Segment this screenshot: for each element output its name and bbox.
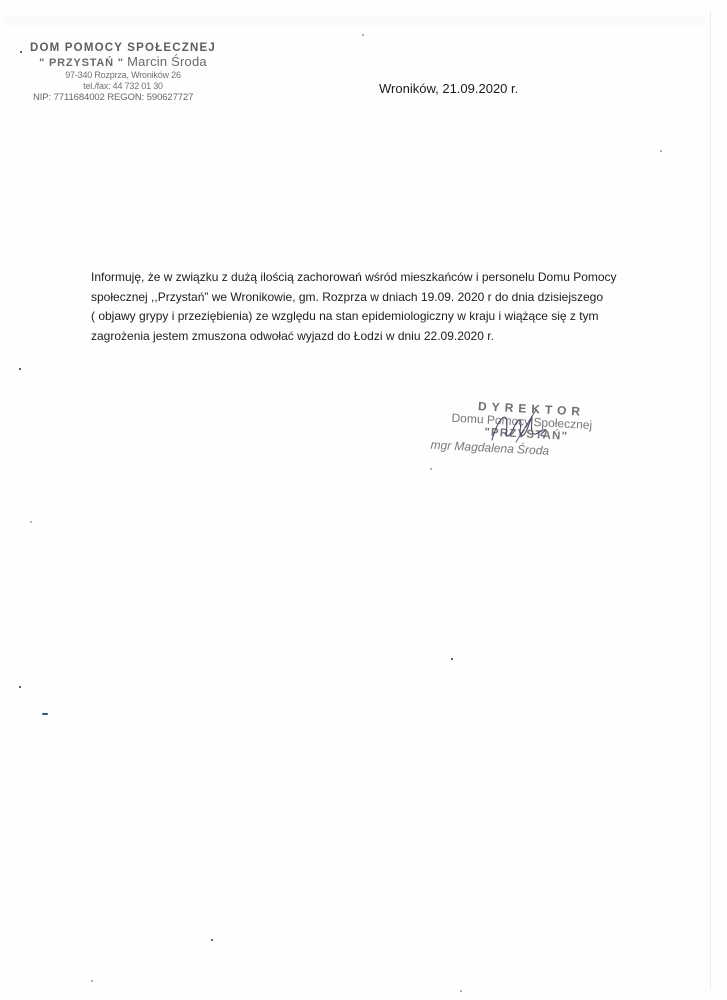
scan-speck (19, 368, 21, 370)
stamp-phone: tel./fax: 44 732 01 30 (28, 81, 218, 92)
letter-body: Informuję, że w związku z dużą ilością z… (91, 268, 651, 346)
scan-speck (19, 686, 21, 688)
body-line: Informuję, że w związku z dużą ilością z… (91, 268, 651, 288)
scan-speck (20, 51, 22, 53)
body-line: zagrożenia jestem zmuszona odwołać wyjaz… (91, 327, 651, 347)
stamp-facility-name: " PRZYSTAŃ " (39, 57, 124, 69)
date-line: Wroników, 21.09.2020 r. (379, 81, 518, 96)
scan-shade (5, 12, 705, 30)
scan-speck (91, 980, 93, 982)
stamp-name-line: " PRZYSTAŃ " Marcin Środa (28, 55, 218, 70)
scan-speck (451, 658, 453, 660)
stamp-owner-name: Marcin Środa (127, 54, 207, 69)
stamp-address: 97-340 Rozprza, Wroników 26 (28, 70, 218, 81)
scan-speck (362, 34, 364, 36)
body-line: społecznej ,,Przystań” we Wronikowie, gm… (91, 288, 651, 308)
stamp-ids: NIP: 7711684002 REGON: 590627727 (33, 92, 218, 104)
handwritten-signature (486, 406, 556, 446)
scan-speck (30, 521, 32, 523)
scan-speck (660, 150, 662, 152)
header-stamp: DOM POMOCY SPOŁECZNEJ " PRZYSTAŃ " Marci… (28, 42, 218, 104)
scanned-page: DOM POMOCY SPOŁECZNEJ " PRZYSTAŃ " Marci… (0, 0, 727, 1000)
body-line: ( objawy grypy i przeziębienia) ze wzglę… (91, 307, 651, 327)
scan-speck (430, 468, 432, 470)
scan-speck (460, 990, 462, 992)
scan-edge-line (710, 10, 711, 990)
blue-pen-mark (42, 713, 48, 715)
scan-speck (211, 939, 213, 941)
